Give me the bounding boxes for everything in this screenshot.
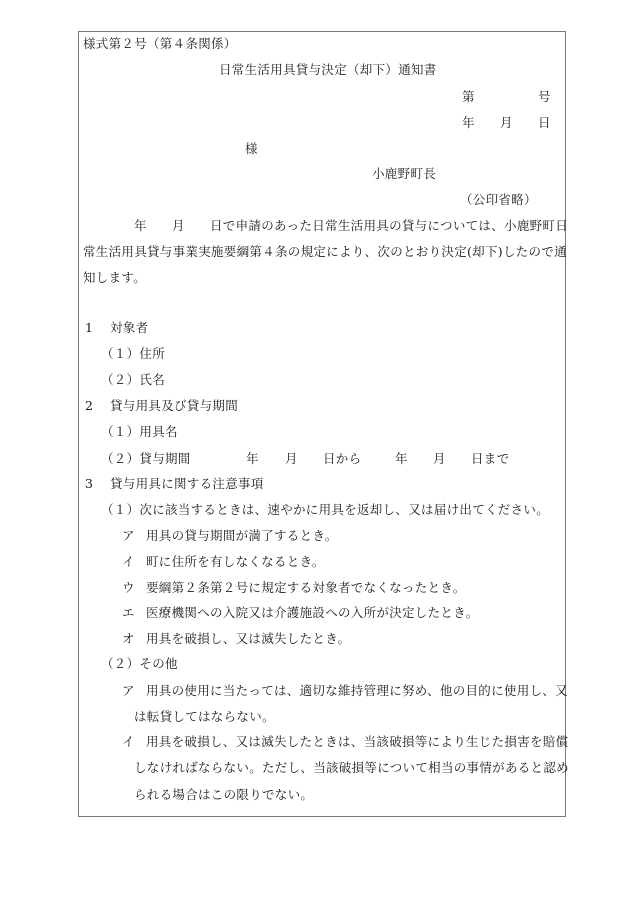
section-2-heading: 2 貸与用具及び貸与期間 [83,398,333,414]
body-line-3: 知します。 [83,270,146,286]
other-item-continuation: しなければならない。ただし、当該破損等について相当の事情があると認め [134,760,569,776]
seal-note: （公印省略） [460,192,537,208]
issuer: 小鹿野町長 [372,166,436,182]
addressee-suffix: 様 [245,141,258,157]
form-label: 様式第２号（第４条関係） [83,36,237,52]
section-3-sub-1: （１）次に該当するときは、速やかに用具を返却し、又は届け出てください。 [101,502,549,518]
notice-item: ア 用具の貸与期間が満了するとき。 [122,528,542,544]
other-item: ア 用具の使用に当たっては、適切な維持管理に努め、他の目的に使用し、又 [122,683,562,699]
section-3-heading: 3 貸与用具に関する注意事項 [83,476,333,492]
body-line-2: 常生活用具貸与事業実施要綱第４条の規定により、次のとおり決定(却下)したので通 [83,244,567,260]
body-text: 日で申請のあった日常生活用具の貸与については、小鹿野町日 [210,218,568,234]
date-month: 月 [500,115,513,131]
document-title: 日常生活用具貸与決定（却下）通知書 [219,62,437,78]
notice-item: エ 医療機関への入院又は介護施設への入所が決定したとき。 [122,605,542,621]
document-number: 第 号 [462,89,552,105]
date-year: 年 [462,115,475,131]
section-3-sub-2: （２）その他 [101,656,178,672]
section-2-item-equipment: （１）用具名 [101,424,178,440]
other-item-continuation: は転貸してはならない。 [134,709,275,725]
body-month: 月 [172,218,185,234]
notice-item: ウ 要綱第２条第２号に規定する対象者でなくなったとき。 [122,580,542,596]
section-2-item-period: （２）貸与期間 年 月 日から 年 月 日まで [101,451,531,467]
section-1-item-name: （２）氏名 [101,372,165,388]
notice-item: イ 町に住所を有しなくなるとき。 [122,554,542,570]
other-item: イ 用具を破損し、又は滅失したときは、当該破損等により生じた損害を賠償 [122,734,562,750]
section-1-heading: 1 対象者 [83,320,283,336]
document-date: 年 月 日 [462,115,552,131]
number-prefix: 第 [462,89,475,105]
section-1-item-address: （１）住所 [101,346,165,362]
body-year: 年 [134,218,147,234]
date-day: 日 [538,115,551,131]
body-line-1: 年 月 日で申請のあった日常生活用具の貸与については、小鹿野町日 [83,218,563,234]
number-suffix: 号 [538,89,551,105]
notice-item: オ 用具を破損し、又は滅失したとき。 [122,631,542,647]
other-item-continuation: られる場合はこの限りでない。 [134,787,313,803]
